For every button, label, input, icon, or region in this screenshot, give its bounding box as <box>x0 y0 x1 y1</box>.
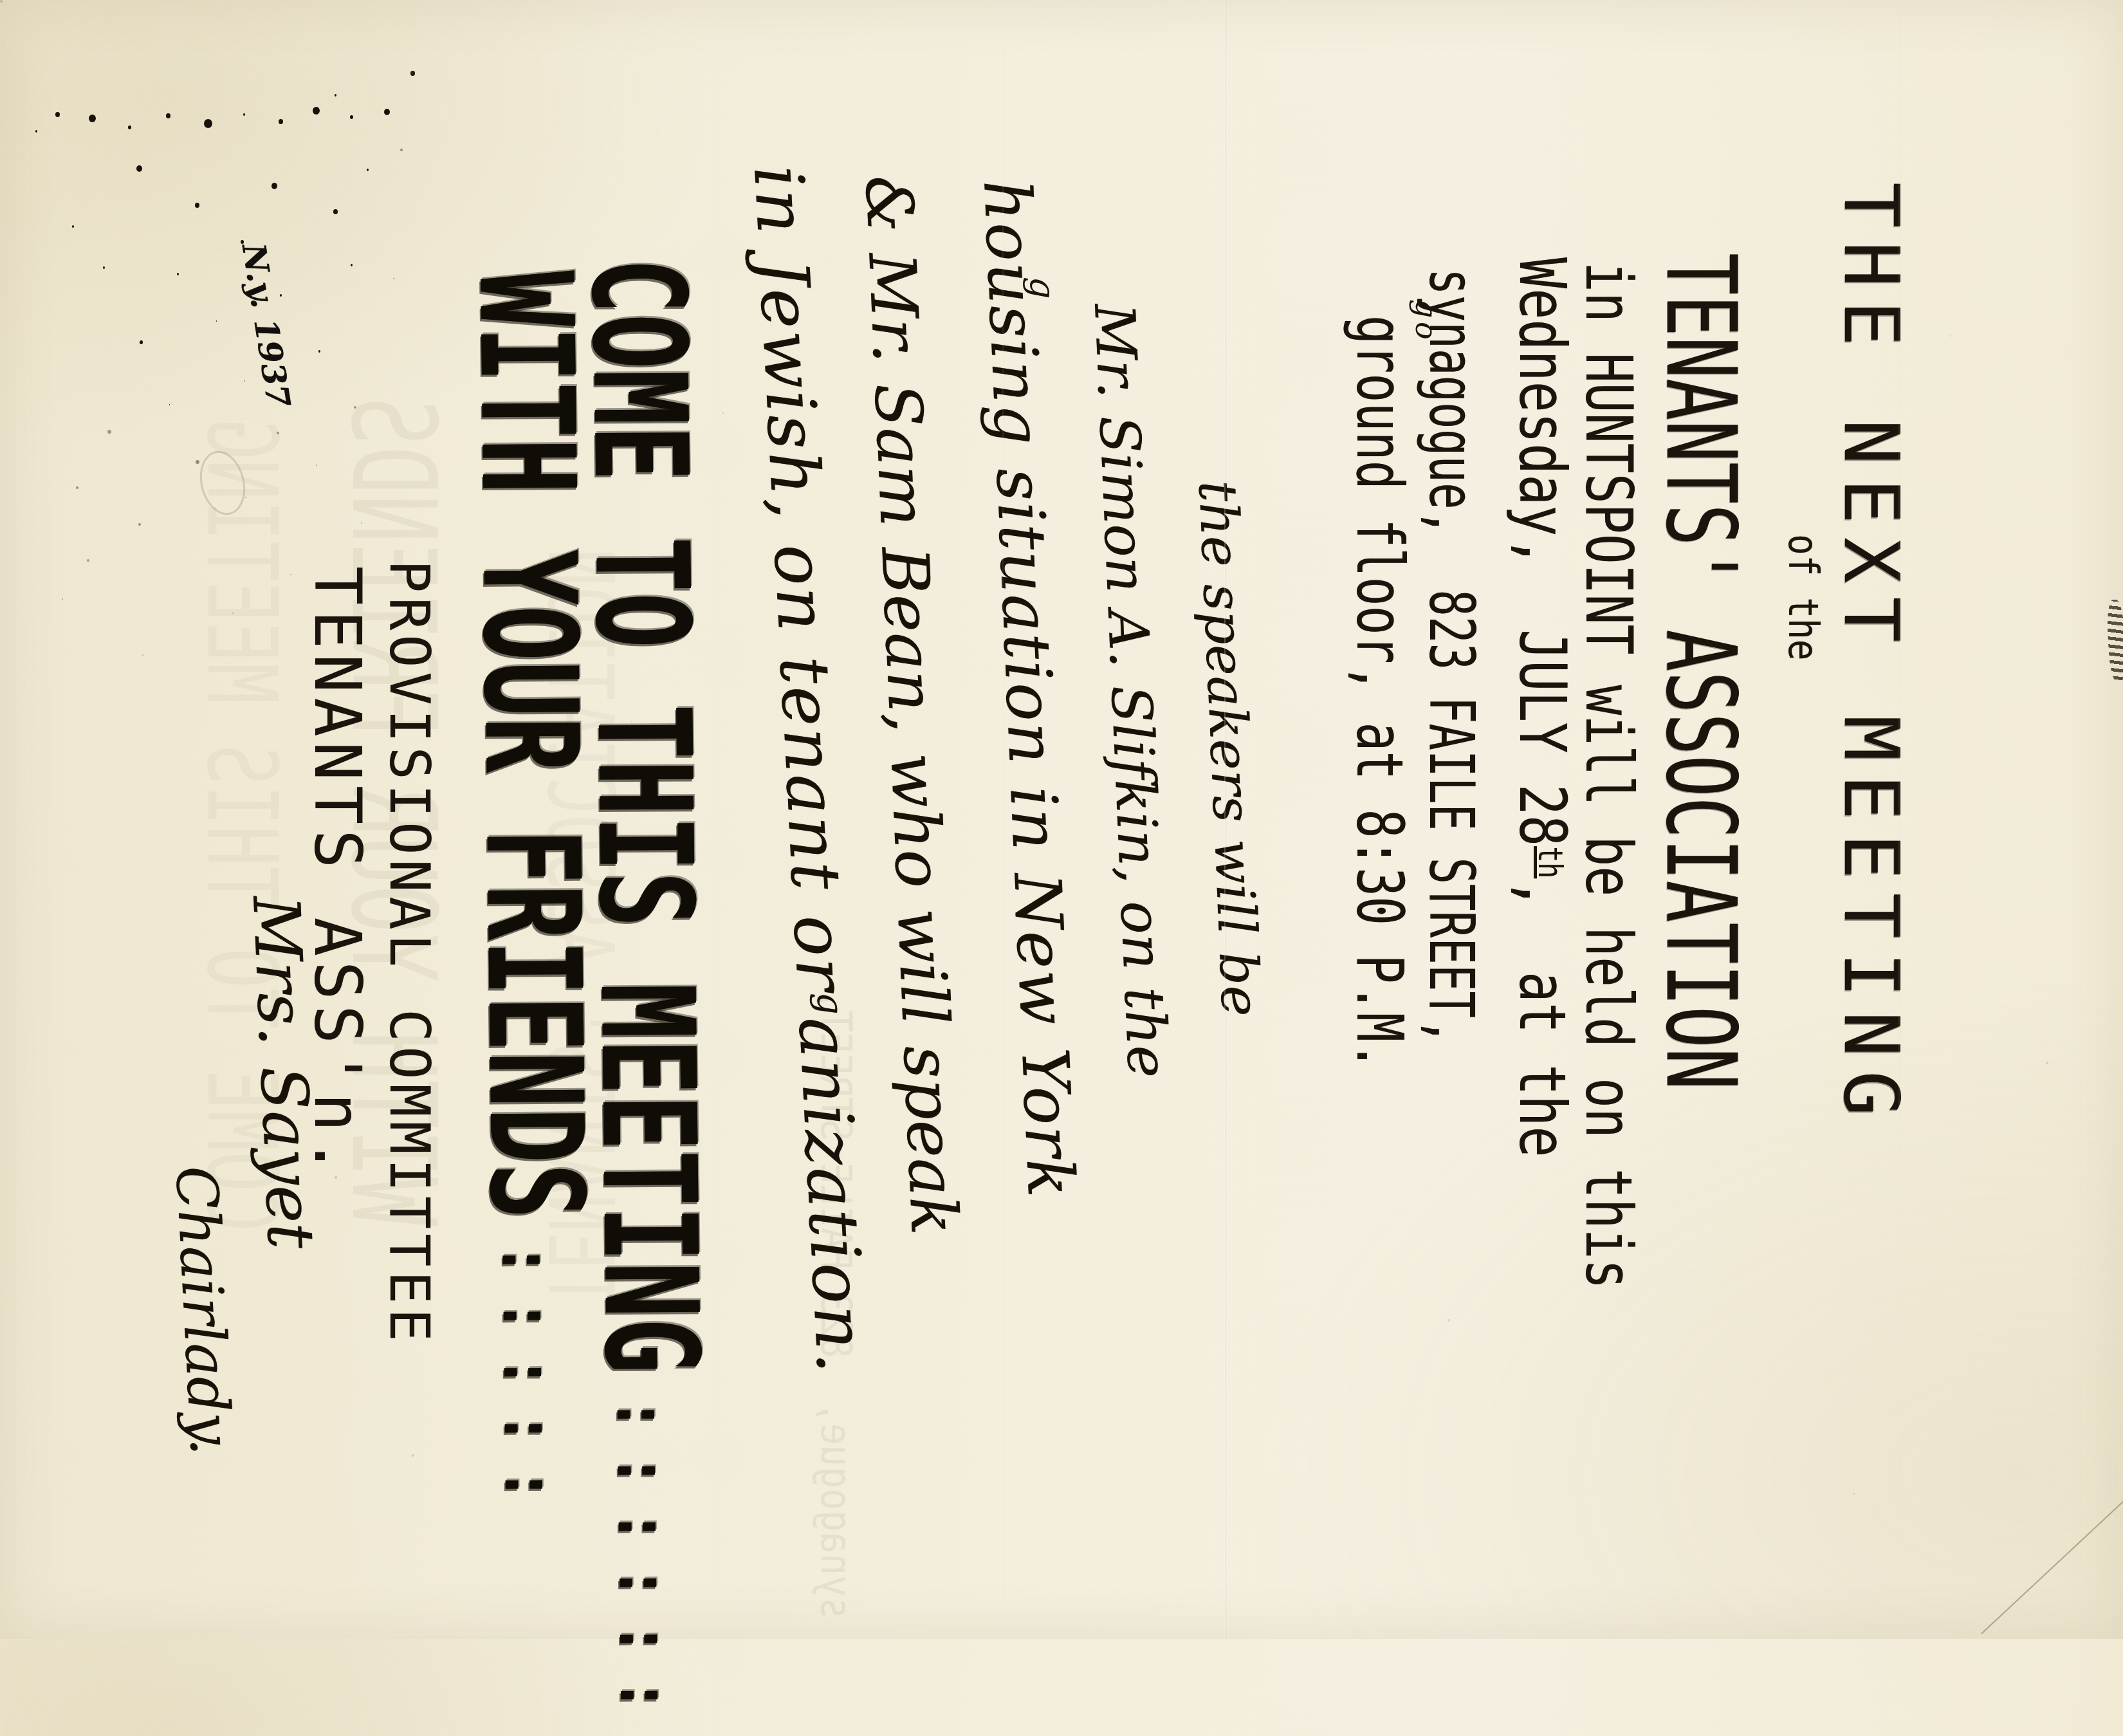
typo-correction-organization: g <box>809 991 852 1018</box>
signature-name: Mrs. Sayet <box>243 894 323 1250</box>
flyer-date-line: Wednesday, JULY 28th, at the <box>1510 257 1574 1158</box>
speaker2-line1: & Mr. Sam Bean, who will speak <box>856 174 966 1236</box>
speaker1-line2: housing situation in New York <box>974 178 1083 1200</box>
paper-fiber-specks <box>0 0 3 3</box>
committee-line1: PROVISIONAL COMMITTEE <box>381 560 436 1346</box>
date-line-pre: Wednesday, JULY 28 <box>1505 257 1580 846</box>
cta-line1-dots: :::::: <box>601 1399 687 1639</box>
cta-line2-text: WITH YOUR FRIENDS <box>450 270 611 1219</box>
fold-crease <box>1224 0 1226 1639</box>
speakers-intro-line: the speakers will be <box>1190 479 1266 1018</box>
scanned-flyer-page: WITH YOUR FRIENDS COME TO THIS MEETING T… <box>0 0 2123 1639</box>
speaker2-line2: in Jewish, on tenant organization. <box>744 164 875 1376</box>
flyer-floor-line: ground floor, at 8:30 P.M. <box>1347 315 1411 1071</box>
fold-crease-faint-left <box>1002 0 1004 1639</box>
speaker2-line2-post: anization. <box>783 1015 881 1376</box>
speaker1-line1: Mr. Simon A. Slifkin, on the <box>1086 302 1175 1079</box>
fold-crease-faint-right <box>1898 0 1900 1639</box>
cta-line2: WITH YOUR FRIENDS::::: <box>460 270 604 1526</box>
page-edge-ink-mark <box>2106 599 2123 682</box>
signature-role: Chairlady. <box>167 1165 239 1457</box>
ink-spatter-light <box>411 71 415 75</box>
date-line-post: , at the <box>1505 878 1580 1157</box>
flyer-venue-line: synagogue, 823 FAILE STREET, <box>1420 268 1482 1045</box>
date-annotation: N.y. 1937 <box>237 241 295 410</box>
flyer-organization: TENANTS' ASSOCIATION <box>1652 253 1749 1089</box>
cta-line2-dots: ::::: <box>486 1244 572 1526</box>
flyer-subtitle: of the <box>1782 534 1823 661</box>
flyer-location-line: in HUNTSPOINT will be held on this <box>1576 262 1640 1289</box>
speaker2-line2-pre: in Jewish, on tenant or <box>739 164 861 995</box>
flyer-content-rotated: WITH YOUR FRIENDS COME TO THIS MEETING T… <box>0 0 2123 1639</box>
date-line-superscript: th <box>1530 846 1569 878</box>
